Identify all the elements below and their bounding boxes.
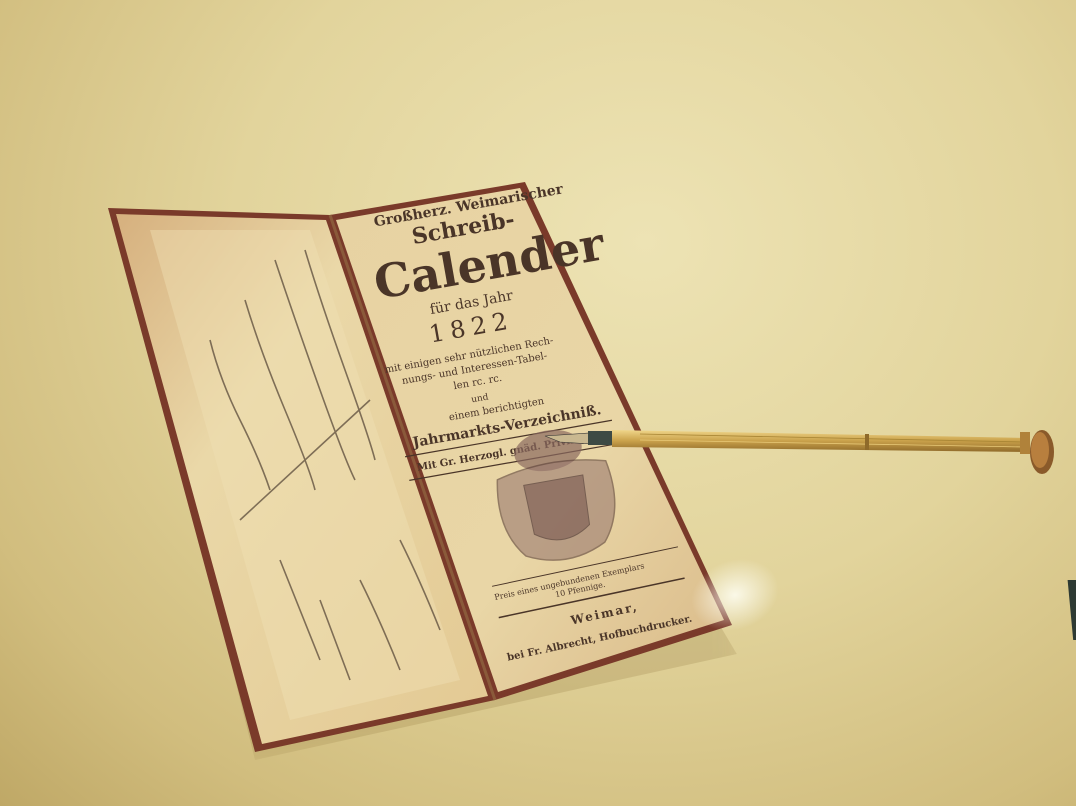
photo-scene: Großherz. Weimarischer Schreib- Calender… bbox=[0, 0, 1076, 806]
pen-nib-holder bbox=[588, 431, 614, 445]
book-illustration: Großherz. Weimarischer Schreib- Calender… bbox=[0, 0, 1076, 806]
